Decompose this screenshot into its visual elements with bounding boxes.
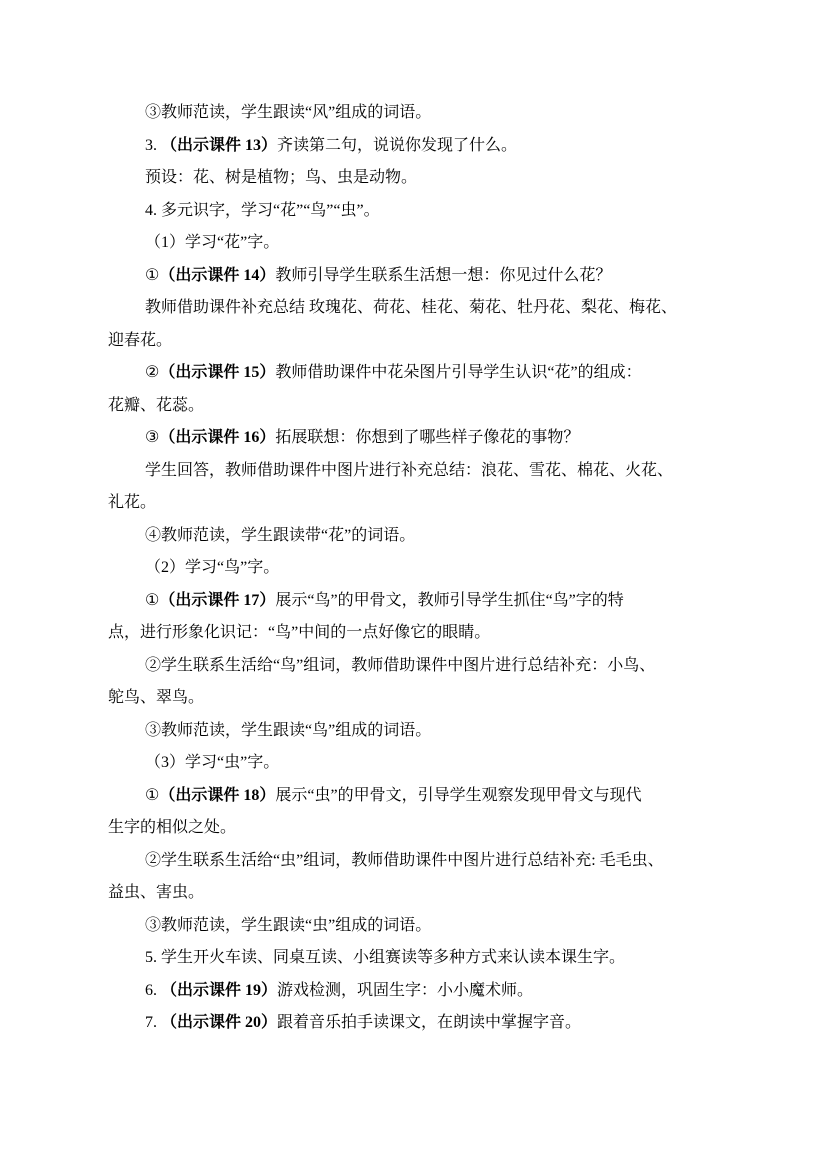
text-segment: 礼花。 xyxy=(108,494,156,511)
slide-cue-text: （出示课件 17） xyxy=(159,592,275,609)
text-segment: 教师引导学生联系生活想一想：你见过什么花？ xyxy=(275,267,611,284)
text-line: （2）学习“鸟”字。 xyxy=(108,552,727,585)
text-segment: ② xyxy=(145,364,159,381)
text-segment: 预设：花、树是植物；鸟、虫是动物。 xyxy=(145,169,417,186)
text-line: ③教师范读，学生跟读“鸟”组成的词语。 xyxy=(108,715,727,748)
slide-cue-text: （出示课件 16） xyxy=(159,429,275,446)
text-segment: 拓展联想：你想到了哪些样子像花的事物？ xyxy=(275,429,579,446)
slide-cue-text: （出示课件 15） xyxy=(159,364,275,381)
text-segment: ① xyxy=(145,267,159,284)
text-segment: 6. xyxy=(145,982,161,999)
text-line: 预设：花、树是植物；鸟、虫是动物。 xyxy=(108,162,727,195)
text-segment: （1）学习“花”字。 xyxy=(145,234,279,251)
slide-cue-text: （出示课件 18） xyxy=(159,787,275,804)
text-line: 点，进行形象化识记：“鸟”中间的一点好像它的眼睛。 xyxy=(108,617,727,650)
text-segment: ① xyxy=(145,592,159,609)
slide-cue-text: （出示课件 19） xyxy=(161,982,277,999)
slide-cue-text: （出示课件 14） xyxy=(159,267,275,284)
text-segment: ① xyxy=(145,787,159,804)
text-line: 4. 多元识字，学习“花”“鸟”“虫”。 xyxy=(108,195,727,228)
text-segment: 齐读第二句，说说你发现了什么。 xyxy=(277,137,517,154)
text-segment: 迎春花。 xyxy=(108,332,172,349)
text-line: ①（出示课件 17）展示“鸟”的甲骨文，教师引导学生抓住“鸟”字的特 xyxy=(108,585,727,618)
text-line: ①（出示课件 18）展示“虫”的甲骨文，引导学生观察发现甲骨文与现代 xyxy=(108,780,727,813)
text-line: 3. （出示课件 13）齐读第二句，说说你发现了什么。 xyxy=(108,130,727,163)
text-line: ②学生联系生活给“虫”组词，教师借助课件中图片进行总结补充: 毛毛虫、 xyxy=(108,845,727,878)
text-line: 教师借助课件补充总结 玫瑰花、荷花、桂花、菊花、牡丹花、梨花、梅花、 xyxy=(108,292,727,325)
text-line: 鸵鸟、翠鸟。 xyxy=(108,682,727,715)
text-line: 礼花。 xyxy=(108,487,727,520)
text-line: 益虫、害虫。 xyxy=(108,877,727,910)
text-segment: 5. 学生开火车读、同桌互读、小组赛读等多种方式来认读本课生字。 xyxy=(145,949,625,966)
text-segment: （2）学习“鸟”字。 xyxy=(145,559,279,576)
text-segment: 鸵鸟、翠鸟。 xyxy=(108,689,204,706)
text-segment: （3）学习“虫”字。 xyxy=(145,754,279,771)
slide-cue-text: （出示课件 13） xyxy=(161,137,277,154)
text-line: ①（出示课件 14）教师引导学生联系生活想一想：你见过什么花？ xyxy=(108,260,727,293)
text-segment: 4. 多元识字，学习“花”“鸟”“虫”。 xyxy=(145,202,380,219)
text-line: 生字的相似之处。 xyxy=(108,812,727,845)
text-segment: ③教师范读，学生跟读“鸟”组成的词语。 xyxy=(145,722,431,739)
text-segment: ③ xyxy=(145,429,159,446)
text-segment: 展示“虫”的甲骨文，引导学生观察发现甲骨文与现代 xyxy=(275,787,641,804)
text-segment: 游戏检测，巩固生字：小小魔术师。 xyxy=(277,982,533,999)
text-line: 迎春花。 xyxy=(108,325,727,358)
text-segment: ②学生联系生活给“虫”组词，教师借助课件中图片进行总结补充: 毛毛虫、 xyxy=(145,852,664,869)
text-segment: ④教师范读，学生跟读带“花”的词语。 xyxy=(145,527,415,544)
text-line: ②（出示课件 15）教师借助课件中花朵图片引导学生认识“花”的组成： xyxy=(108,357,727,390)
text-line: ③（出示课件 16）拓展联想：你想到了哪些样子像花的事物？ xyxy=(108,422,727,455)
text-segment: ②学生联系生活给“鸟”组词，教师借助课件中图片进行总结补充：小鸟、 xyxy=(145,657,655,674)
text-line: 5. 学生开火车读、同桌互读、小组赛读等多种方式来认读本课生字。 xyxy=(108,942,727,975)
text-segment: 点，进行形象化识记：“鸟”中间的一点好像它的眼睛。 xyxy=(108,624,490,641)
document-body: ③教师范读，学生跟读“风”组成的词语。3. （出示课件 13）齐读第二句，说说你… xyxy=(0,0,827,1040)
text-line: ③教师范读，学生跟读“虫”组成的词语。 xyxy=(108,910,727,943)
text-segment: 益虫、害虫。 xyxy=(108,884,204,901)
text-segment: 跟着音乐拍手读课文，在朗读中掌握字音。 xyxy=(277,1014,581,1031)
text-segment: ③教师范读，学生跟读“虫”组成的词语。 xyxy=(145,917,431,934)
slide-cue-text: （出示课件 20） xyxy=(161,1014,277,1031)
text-segment: 3. xyxy=(145,137,161,154)
document-page: ③教师范读，学生跟读“风”组成的词语。3. （出示课件 13）齐读第二句，说说你… xyxy=(0,0,827,1170)
text-line: ②学生联系生活给“鸟”组词，教师借助课件中图片进行总结补充：小鸟、 xyxy=(108,650,727,683)
text-line: 学生回答，教师借助课件中图片进行补充总结：浪花、雪花、棉花、火花、 xyxy=(108,455,727,488)
text-line: （1）学习“花”字。 xyxy=(108,227,727,260)
text-segment: 展示“鸟”的甲骨文，教师引导学生抓住“鸟”字的特 xyxy=(275,592,623,609)
text-line: ④教师范读，学生跟读带“花”的词语。 xyxy=(108,520,727,553)
text-segment: ③教师范读，学生跟读“风”组成的词语。 xyxy=(145,104,431,121)
text-segment: 学生回答，教师借助课件中图片进行补充总结：浪花、雪花、棉花、火花、 xyxy=(145,462,673,479)
text-line: 7. （出示课件 20）跟着音乐拍手读课文，在朗读中掌握字音。 xyxy=(108,1007,727,1040)
text-segment: 教师借助课件补充总结 玫瑰花、荷花、桂花、菊花、牡丹花、梨花、梅花、 xyxy=(145,299,677,316)
text-line: ③教师范读，学生跟读“风”组成的词语。 xyxy=(108,97,727,130)
text-line: 6. （出示课件 19）游戏检测，巩固生字：小小魔术师。 xyxy=(108,975,727,1008)
text-segment: 教师借助课件中花朵图片引导学生认识“花”的组成： xyxy=(275,364,641,381)
text-line: 花瓣、花蕊。 xyxy=(108,390,727,423)
text-segment: 7. xyxy=(145,1014,161,1031)
text-segment: 花瓣、花蕊。 xyxy=(108,397,204,414)
text-segment: 生字的相似之处。 xyxy=(108,819,236,836)
text-line: （3）学习“虫”字。 xyxy=(108,747,727,780)
